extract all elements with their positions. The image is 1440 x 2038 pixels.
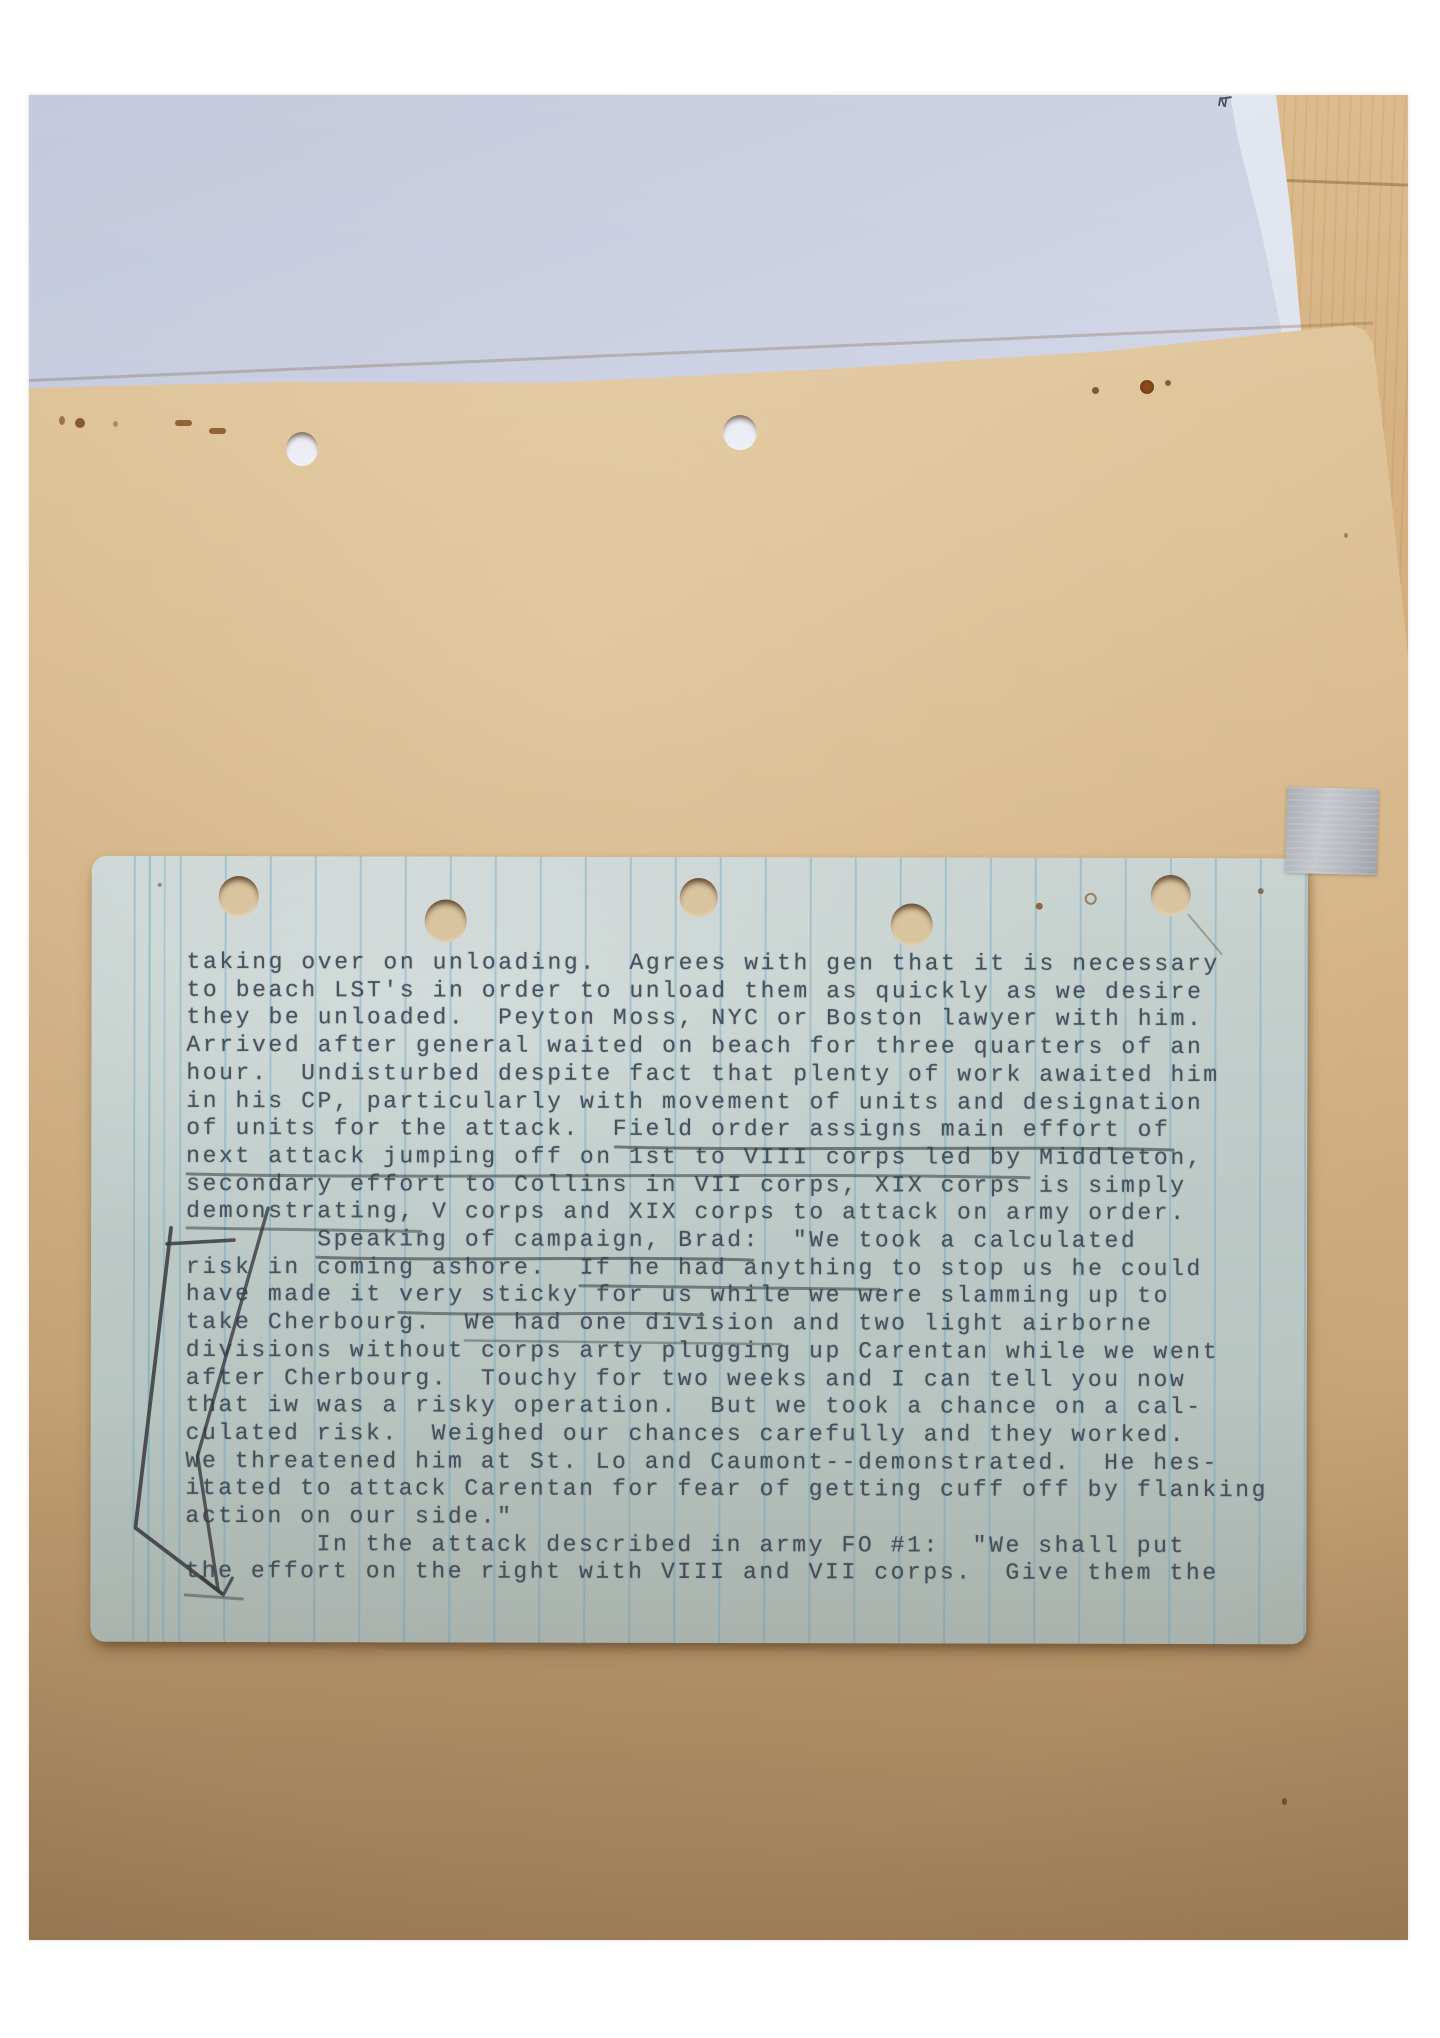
card-punch-hole-2 [425, 899, 467, 942]
stain-speck [1092, 387, 1099, 394]
card-stain-ring [1085, 893, 1097, 905]
manila-punch-hole-left [286, 432, 318, 466]
stain-speck [113, 421, 118, 427]
photograph-of-document: N taking over on unloading. Agrees with … [29, 95, 1408, 1940]
card-punch-hole-1 [219, 876, 259, 917]
card-stain-speck [1258, 888, 1264, 894]
stain-dot-large [1140, 380, 1154, 394]
card-punch-hole-5 [1151, 875, 1191, 916]
fleck [1344, 533, 1348, 538]
card-punch-hole-3 [680, 878, 718, 918]
grey-tape [1285, 787, 1379, 875]
typewritten-note-card: taking over on unloading. Agrees with ge… [90, 856, 1308, 1645]
stain-speck [59, 416, 65, 425]
card-punch-hole-4 [891, 903, 933, 946]
stain-dash [175, 420, 192, 426]
fleck [1282, 1798, 1287, 1805]
card-stain-speck [1036, 903, 1043, 910]
paper-corner-print-mark: N [1215, 95, 1246, 121]
stain-dot [75, 418, 85, 428]
manila-punch-hole-right [723, 415, 757, 450]
typewritten-text: taking over on unloading. Agrees with ge… [185, 949, 1269, 1588]
stain-dash [209, 428, 226, 434]
pencil-dot [158, 883, 162, 887]
stain-speck [1165, 380, 1171, 386]
